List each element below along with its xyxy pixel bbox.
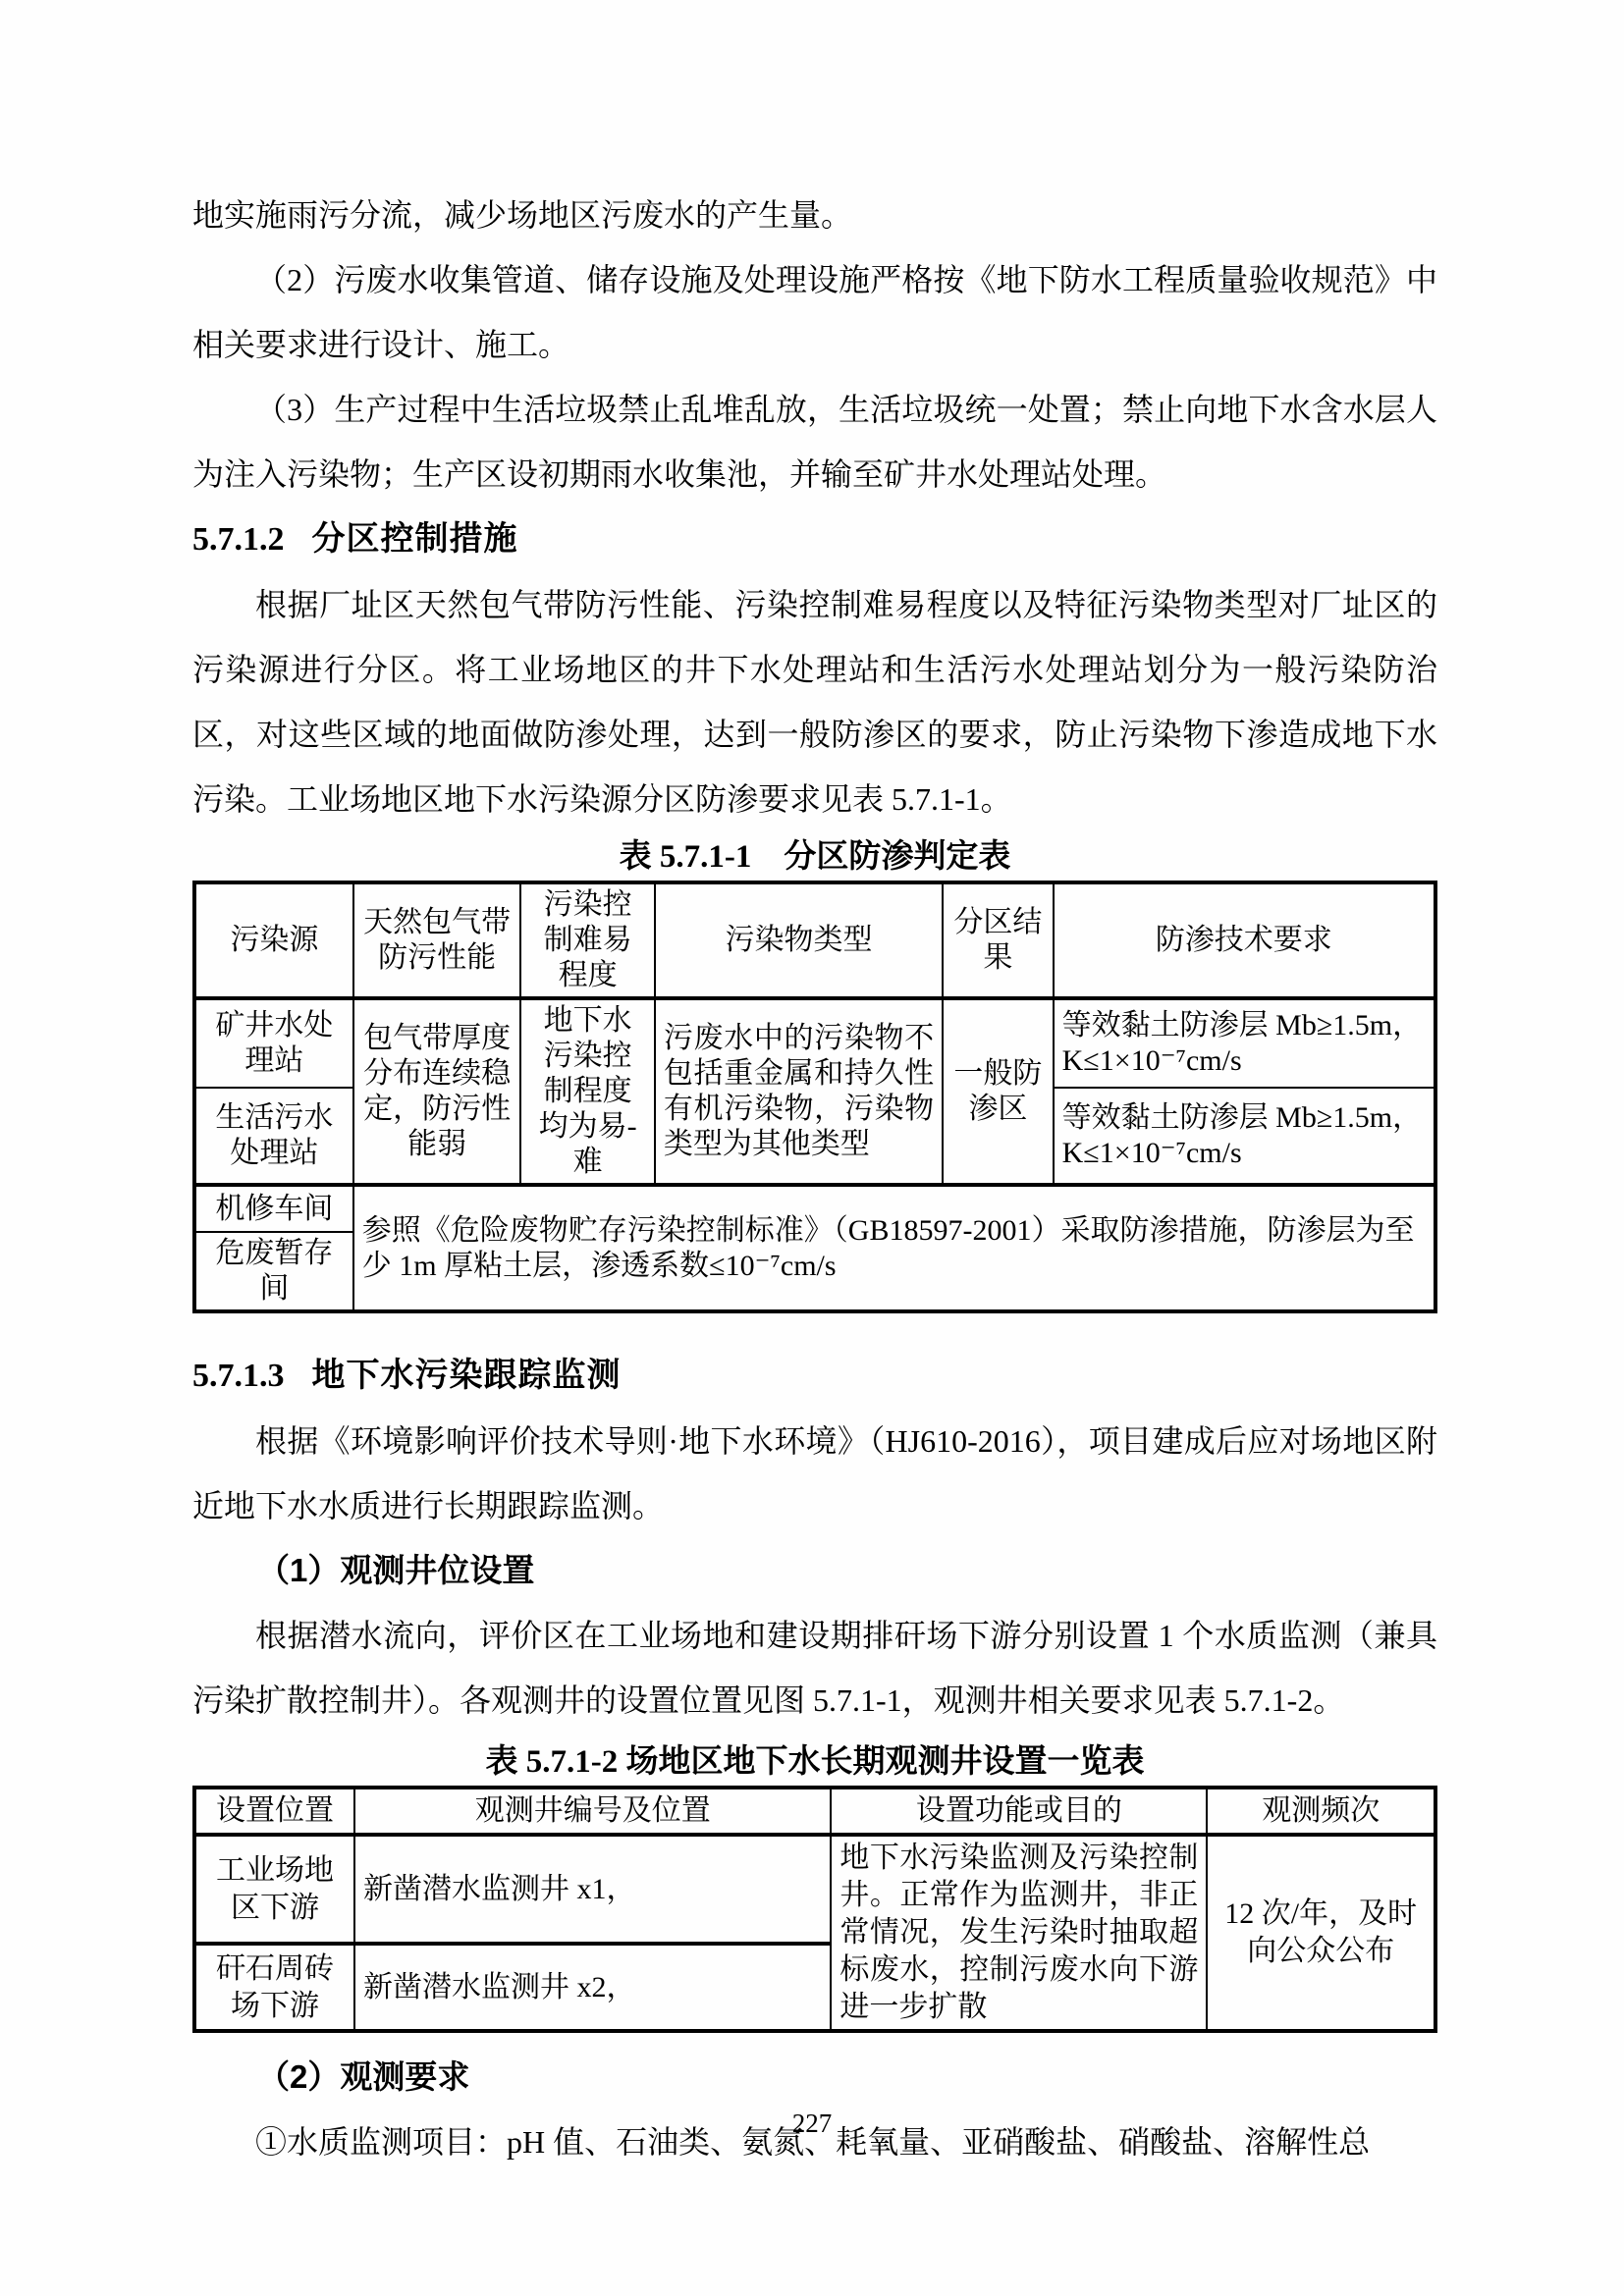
table2-header-frequency: 观测频次 <box>1207 1788 1435 1835</box>
table1-header-pollution-source: 污染源 <box>194 882 353 998</box>
table2-header-purpose: 设置功能或目的 <box>831 1788 1207 1835</box>
cell-observation-frequency: 12 次/年，及时向公众公布 <box>1207 1835 1435 2031</box>
document-page: 地实施雨污分流，减少场地区污废水的产生量。 （2）污废水收集管道、储存设施及处理… <box>0 0 1624 2296</box>
cell-location-industrial-downstream: 工业场地区下游 <box>194 1835 354 1944</box>
sub-heading-observation-requirements: （2）观测要求 <box>192 2045 1437 2109</box>
table1-header-pollutant-type: 污染物类型 <box>655 882 943 998</box>
table-observation-wells: 设置位置 观测井编号及位置 设置功能或目的 观测频次 工业场地区下游 新凿潜水监… <box>192 1786 1437 2033</box>
cell-well-x2: 新凿潜水监测井 x2， <box>354 1944 831 2031</box>
section-heading-5-7-1-2: 5.7.1.2分区控制措施 <box>192 507 1437 572</box>
para-continuation: 地实施雨污分流，减少场地区污废水的产生量。 <box>192 183 1437 247</box>
table1-caption: 表 5.7.1-1 分区防渗判定表 <box>192 835 1437 879</box>
para-item-2: （2）污废水收集管道、储存设施及处理设施严格按《地下防水工程质量验收规范》中相关… <box>192 247 1437 377</box>
table1-header-row: 污染源 天然包气带防污性能 污染控制难易程度 污染物类型 分区结果 防渗技术要求 <box>194 882 1435 998</box>
cell-source-hazardous-storage: 危废暂存间 <box>194 1232 353 1311</box>
para-item-3: （3）生产过程中生活垃圾禁止乱堆乱放，生活垃圾统一处置；禁止向地下水含水层人为注… <box>192 377 1437 507</box>
para-well-placement: 根据潜水流向，评价区在工业场地和建设期排矸场下游分别设置 1 个水质监测（兼具污… <box>192 1603 1437 1733</box>
table2-caption: 表 5.7.1-2 场地区地下水长期观测井设置一览表 <box>192 1740 1437 1784</box>
section-number: 5.7.1.2 <box>192 521 285 558</box>
page-number: 227 <box>0 2107 1624 2140</box>
cell-hazardous-waste-requirement: 参照《危险废物贮存污染控制标准》（GB18597-2001）采取防渗措施，防渗层… <box>353 1185 1435 1311</box>
table2-header-location: 设置位置 <box>194 1788 354 1835</box>
cell-source-repair-shop: 机修车间 <box>194 1185 353 1232</box>
table1-header-vadose-zone: 天然包气带防污性能 <box>353 882 521 998</box>
table2-header-row: 设置位置 观测井编号及位置 设置功能或目的 观测频次 <box>194 1788 1435 1835</box>
table1-row-mine-water: 矿井水处理站 包气带厚度分布连续稳定，防污性能弱 地下水污染控制程度均为易-难 … <box>194 998 1435 1088</box>
cell-pollutant-type: 污废水中的污染物不包括重金属和持久性有机污染物，污染物类型为其他类型 <box>655 998 943 1185</box>
table1-header-tech-requirement: 防渗技术要求 <box>1054 882 1435 998</box>
para-tracking-monitoring: 根据《环境影响评价技术导则·地下水环境》（HJ610-2016），项目建成后应对… <box>192 1409 1437 1538</box>
cell-control-difficulty: 地下水污染控制程度均为易-难 <box>520 998 655 1185</box>
cell-location-gangue-downstream: 矸石周砖场下游 <box>194 1944 354 2031</box>
table2-row-industrial-site: 工业场地区下游 新凿潜水监测井 x1， 地下水污染监测及污染控制井。正常作为监测… <box>194 1835 1435 1944</box>
cell-tech-requirement-row1: 等效黏土防渗层 Mb≥1.5m，K≤1×10⁻⁷cm/s <box>1054 998 1435 1088</box>
sub-heading-well-placement: （1）观测井位设置 <box>192 1538 1437 1603</box>
section-heading-5-7-1-3: 5.7.1.3地下水污染跟踪监测 <box>192 1343 1437 1409</box>
para-zoning-control: 根据厂址区天然包气带防污性能、污染控制难易程度以及特征污染物类型对厂址区的污染源… <box>192 572 1437 831</box>
cell-zoning-result: 一般防渗区 <box>943 998 1053 1185</box>
cell-well-x1: 新凿潜水监测井 x1， <box>354 1835 831 1944</box>
table2-header-well-number: 观测井编号及位置 <box>354 1788 831 1835</box>
table1-header-control-difficulty: 污染控制难易程度 <box>520 882 655 998</box>
cell-tech-requirement-row2: 等效黏土防渗层 Mb≥1.5m，K≤1×10⁻⁷cm/s <box>1054 1088 1435 1185</box>
table1-row-repair-shop: 机修车间 参照《危险废物贮存污染控制标准》（GB18597-2001）采取防渗措… <box>194 1185 1435 1232</box>
cell-source-sewage-station: 生活污水处理站 <box>194 1088 353 1185</box>
section-number: 5.7.1.3 <box>192 1358 285 1394</box>
table-seepage-zoning: 污染源 天然包气带防污性能 污染控制难易程度 污染物类型 分区结果 防渗技术要求… <box>192 881 1437 1313</box>
cell-well-purpose: 地下水污染监测及污染控制井。正常作为监测井，非正常情况，发生污染时抽取超标废水，… <box>831 1835 1207 2031</box>
section-title: 分区控制措施 <box>312 520 518 558</box>
cell-vadose-description: 包气带厚度分布连续稳定，防污性能弱 <box>353 998 521 1185</box>
section-title: 地下水污染跟踪监测 <box>312 1357 622 1394</box>
table1-header-zoning-result: 分区结果 <box>943 882 1053 998</box>
cell-source-mine-water-station: 矿井水处理站 <box>194 998 353 1088</box>
